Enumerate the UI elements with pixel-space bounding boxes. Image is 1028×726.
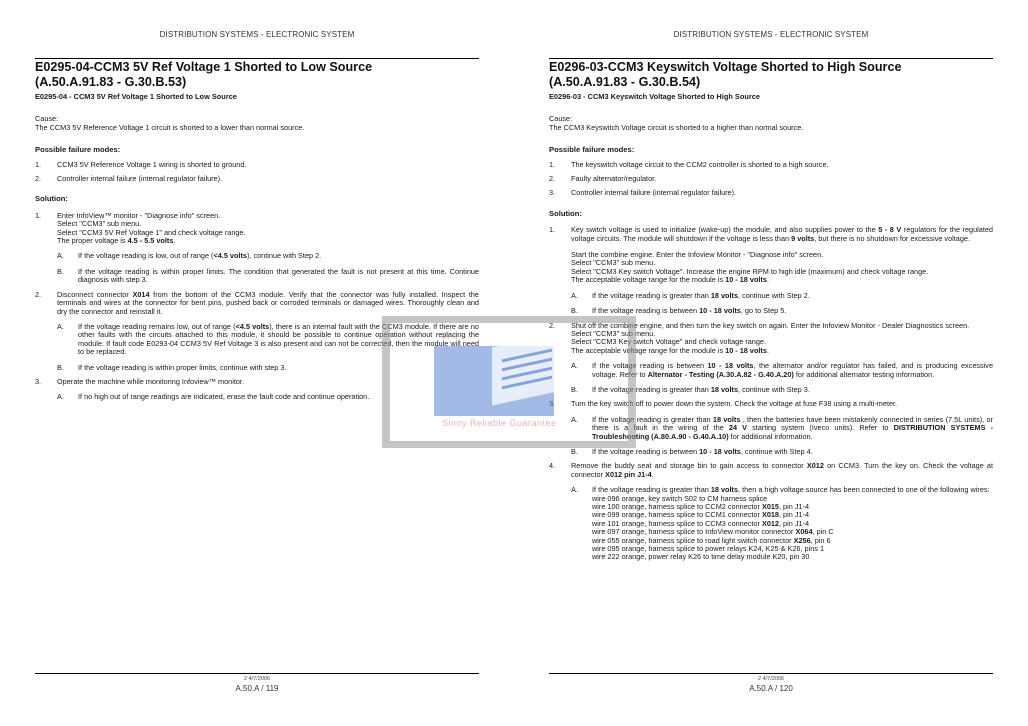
substep-letter: B. <box>57 268 64 276</box>
item-number: 2. <box>35 175 41 183</box>
item-number: 1. <box>35 161 41 169</box>
running-head: DISTRIBUTION SYSTEMS - ELECTRONIC SYSTEM <box>0 30 514 39</box>
item-text: Controller internal failure (internal re… <box>571 188 736 197</box>
substep-letter: B. <box>57 364 64 372</box>
page-title: E0295-04-CCM3 5V Ref Voltage 1 Shorted t… <box>35 60 479 89</box>
item-number: 3. <box>549 189 555 197</box>
item-text: Controller internal failure (internal re… <box>57 174 222 183</box>
failure-mode-item: 1. The keyswitch voltage circuit to the … <box>549 161 993 169</box>
solution-substep: A. If the voltage reading is greater tha… <box>549 486 993 562</box>
wire-entry: wire 222 orange, power relay K26 to time… <box>592 553 993 561</box>
solution-substep: A. If the voltage reading is between 10 … <box>549 362 993 379</box>
title-line-2: (A.50.A.91.83 - G.30.B.53) <box>35 75 479 90</box>
solution-step: 4. Remove the buddy seat and storage bin… <box>549 462 993 479</box>
substep-letter: A. <box>571 416 578 424</box>
step-number: 1. <box>35 212 41 220</box>
solution-substep: A. If the voltage reading is greater tha… <box>549 292 993 300</box>
voltage-range: 10 - 18 volts <box>725 275 767 284</box>
item-text: CCM3 5V Reference Voltage 1 wiring is sh… <box>57 160 246 169</box>
page-title: E0296-03-CCM3 Keyswitch Voltage Shorted … <box>549 60 993 89</box>
solution-heading: Solution: <box>549 210 993 218</box>
title-line-2: (A.50.A.91.83 - G.30.B.54) <box>549 75 993 90</box>
solution-substep: A. If the voltage reading is greater tha… <box>549 416 993 441</box>
solution-step: 2. Shut off the combine engine, and then… <box>549 322 993 356</box>
substep-letter: B. <box>571 307 578 315</box>
right-page: DISTRIBUTION SYSTEMS - ELECTRONIC SYSTEM… <box>514 0 1028 726</box>
footer-date: 2 4/7/2006 <box>0 676 514 682</box>
solution-step: 1. Enter InfoView™ monitor - "Diagnose i… <box>35 212 479 246</box>
bottom-rule <box>549 673 993 674</box>
left-page: DISTRIBUTION SYSTEMS - ELECTRONIC SYSTEM… <box>0 0 514 726</box>
substep-letter: A. <box>57 323 64 331</box>
subtitle: E0295-04 - CCM3 5V Ref Voltage 1 Shorted… <box>35 93 479 101</box>
solution-heading: Solution: <box>35 195 479 203</box>
failure-mode-item: 3. Controller internal failure (internal… <box>549 189 993 197</box>
voltage-range: 10 - 18 volts <box>725 346 767 355</box>
substep-letter: B. <box>571 386 578 394</box>
cause-text: The CCM3 5V Reference Voltage 1 circuit … <box>35 124 479 132</box>
bottom-rule <box>35 673 479 674</box>
solution-substep: B. If the voltage reading is between 10 … <box>549 307 993 315</box>
substep-letter: B. <box>571 448 578 456</box>
substep-letter: A. <box>57 252 64 260</box>
item-number: 2. <box>549 175 555 183</box>
wire-list: wire 096 orange, key switch S02 to CM ha… <box>592 495 993 562</box>
page-number: A.50.A / 120 <box>514 684 1028 693</box>
voltage-value: 4.5 - 5.5 volts <box>128 236 174 245</box>
running-head: DISTRIBUTION SYSTEMS - ELECTRONIC SYSTEM <box>514 30 1028 39</box>
top-rule <box>549 58 993 59</box>
step-number: 3. <box>35 378 41 386</box>
page-content: E0295-04-CCM3 5V Ref Voltage 1 Shorted t… <box>35 60 479 408</box>
top-rule <box>35 58 479 59</box>
step-line: The proper voltage is 4.5 - 5.5 volts. <box>57 237 479 245</box>
title-line-1: E0296-03-CCM3 Keyswitch Voltage Shorted … <box>549 60 993 75</box>
item-text: The keyswitch voltage circuit to the CCM… <box>571 160 829 169</box>
step-paragraph: Start the combine engine. Enter the Info… <box>571 251 993 285</box>
solution-step: 2. Disconnect connector X014 from the bo… <box>35 291 479 316</box>
cross-reference: Alternator - Testing (A.30.A.82 - G.40.A… <box>648 370 794 379</box>
substep-letter: A. <box>57 393 64 401</box>
failure-mode-item: 1. CCM3 5V Reference Voltage 1 wiring is… <box>35 161 479 169</box>
page-content: E0296-03-CCM3 Keyswitch Voltage Shorted … <box>549 60 993 568</box>
solution-substep: B. If the voltage reading is between 10 … <box>549 448 993 456</box>
substep-letter: A. <box>571 486 578 494</box>
item-number: 1. <box>549 161 555 169</box>
failure-mode-item: 2. Controller internal failure (internal… <box>35 175 479 183</box>
solution-substep: B. If the voltage reading is within prop… <box>35 364 479 372</box>
solution-step: 1. Key switch voltage is used to initial… <box>549 226 993 284</box>
solution-substep: A. If the voltage reading remains low, o… <box>35 323 479 357</box>
substep-letter: A. <box>571 362 578 370</box>
substep-letter: A. <box>571 292 578 300</box>
footer-date: 2 4/7/2006 <box>514 676 1028 682</box>
solution-substep: A. If no high out of range readings are … <box>35 393 479 401</box>
title-line-1: E0295-04-CCM3 5V Ref Voltage 1 Shorted t… <box>35 60 479 75</box>
solution-substep: A. If the voltage reading is low, out of… <box>35 252 479 260</box>
failure-modes-heading: Possible failure modes: <box>549 146 993 154</box>
step-number: 4. <box>549 462 555 470</box>
solution-substep: B. If the voltage reading is within prop… <box>35 268 479 285</box>
failure-modes-heading: Possible failure modes: <box>35 146 479 154</box>
solution-step: 3. Turn the key switch off to power down… <box>549 400 993 408</box>
step-number: 1. <box>549 226 555 234</box>
step-number: 3. <box>549 400 555 408</box>
solution-step: 3. Operate the machine while monitoring … <box>35 378 479 386</box>
item-text: Faulty alternator/regulator. <box>571 174 656 183</box>
subtitle: E0296-03 - CCM3 Keyswitch Voltage Shorte… <box>549 93 993 101</box>
page-number: A.50.A / 119 <box>0 684 514 693</box>
cause-text: The CCM3 Keyswitch Voltage circuit is sh… <box>549 124 993 132</box>
step-number: 2. <box>35 291 41 299</box>
solution-substep: B. If the voltage reading is greater tha… <box>549 386 993 394</box>
failure-mode-item: 2. Faulty alternator/regulator. <box>549 175 993 183</box>
step-number: 2. <box>549 322 555 330</box>
